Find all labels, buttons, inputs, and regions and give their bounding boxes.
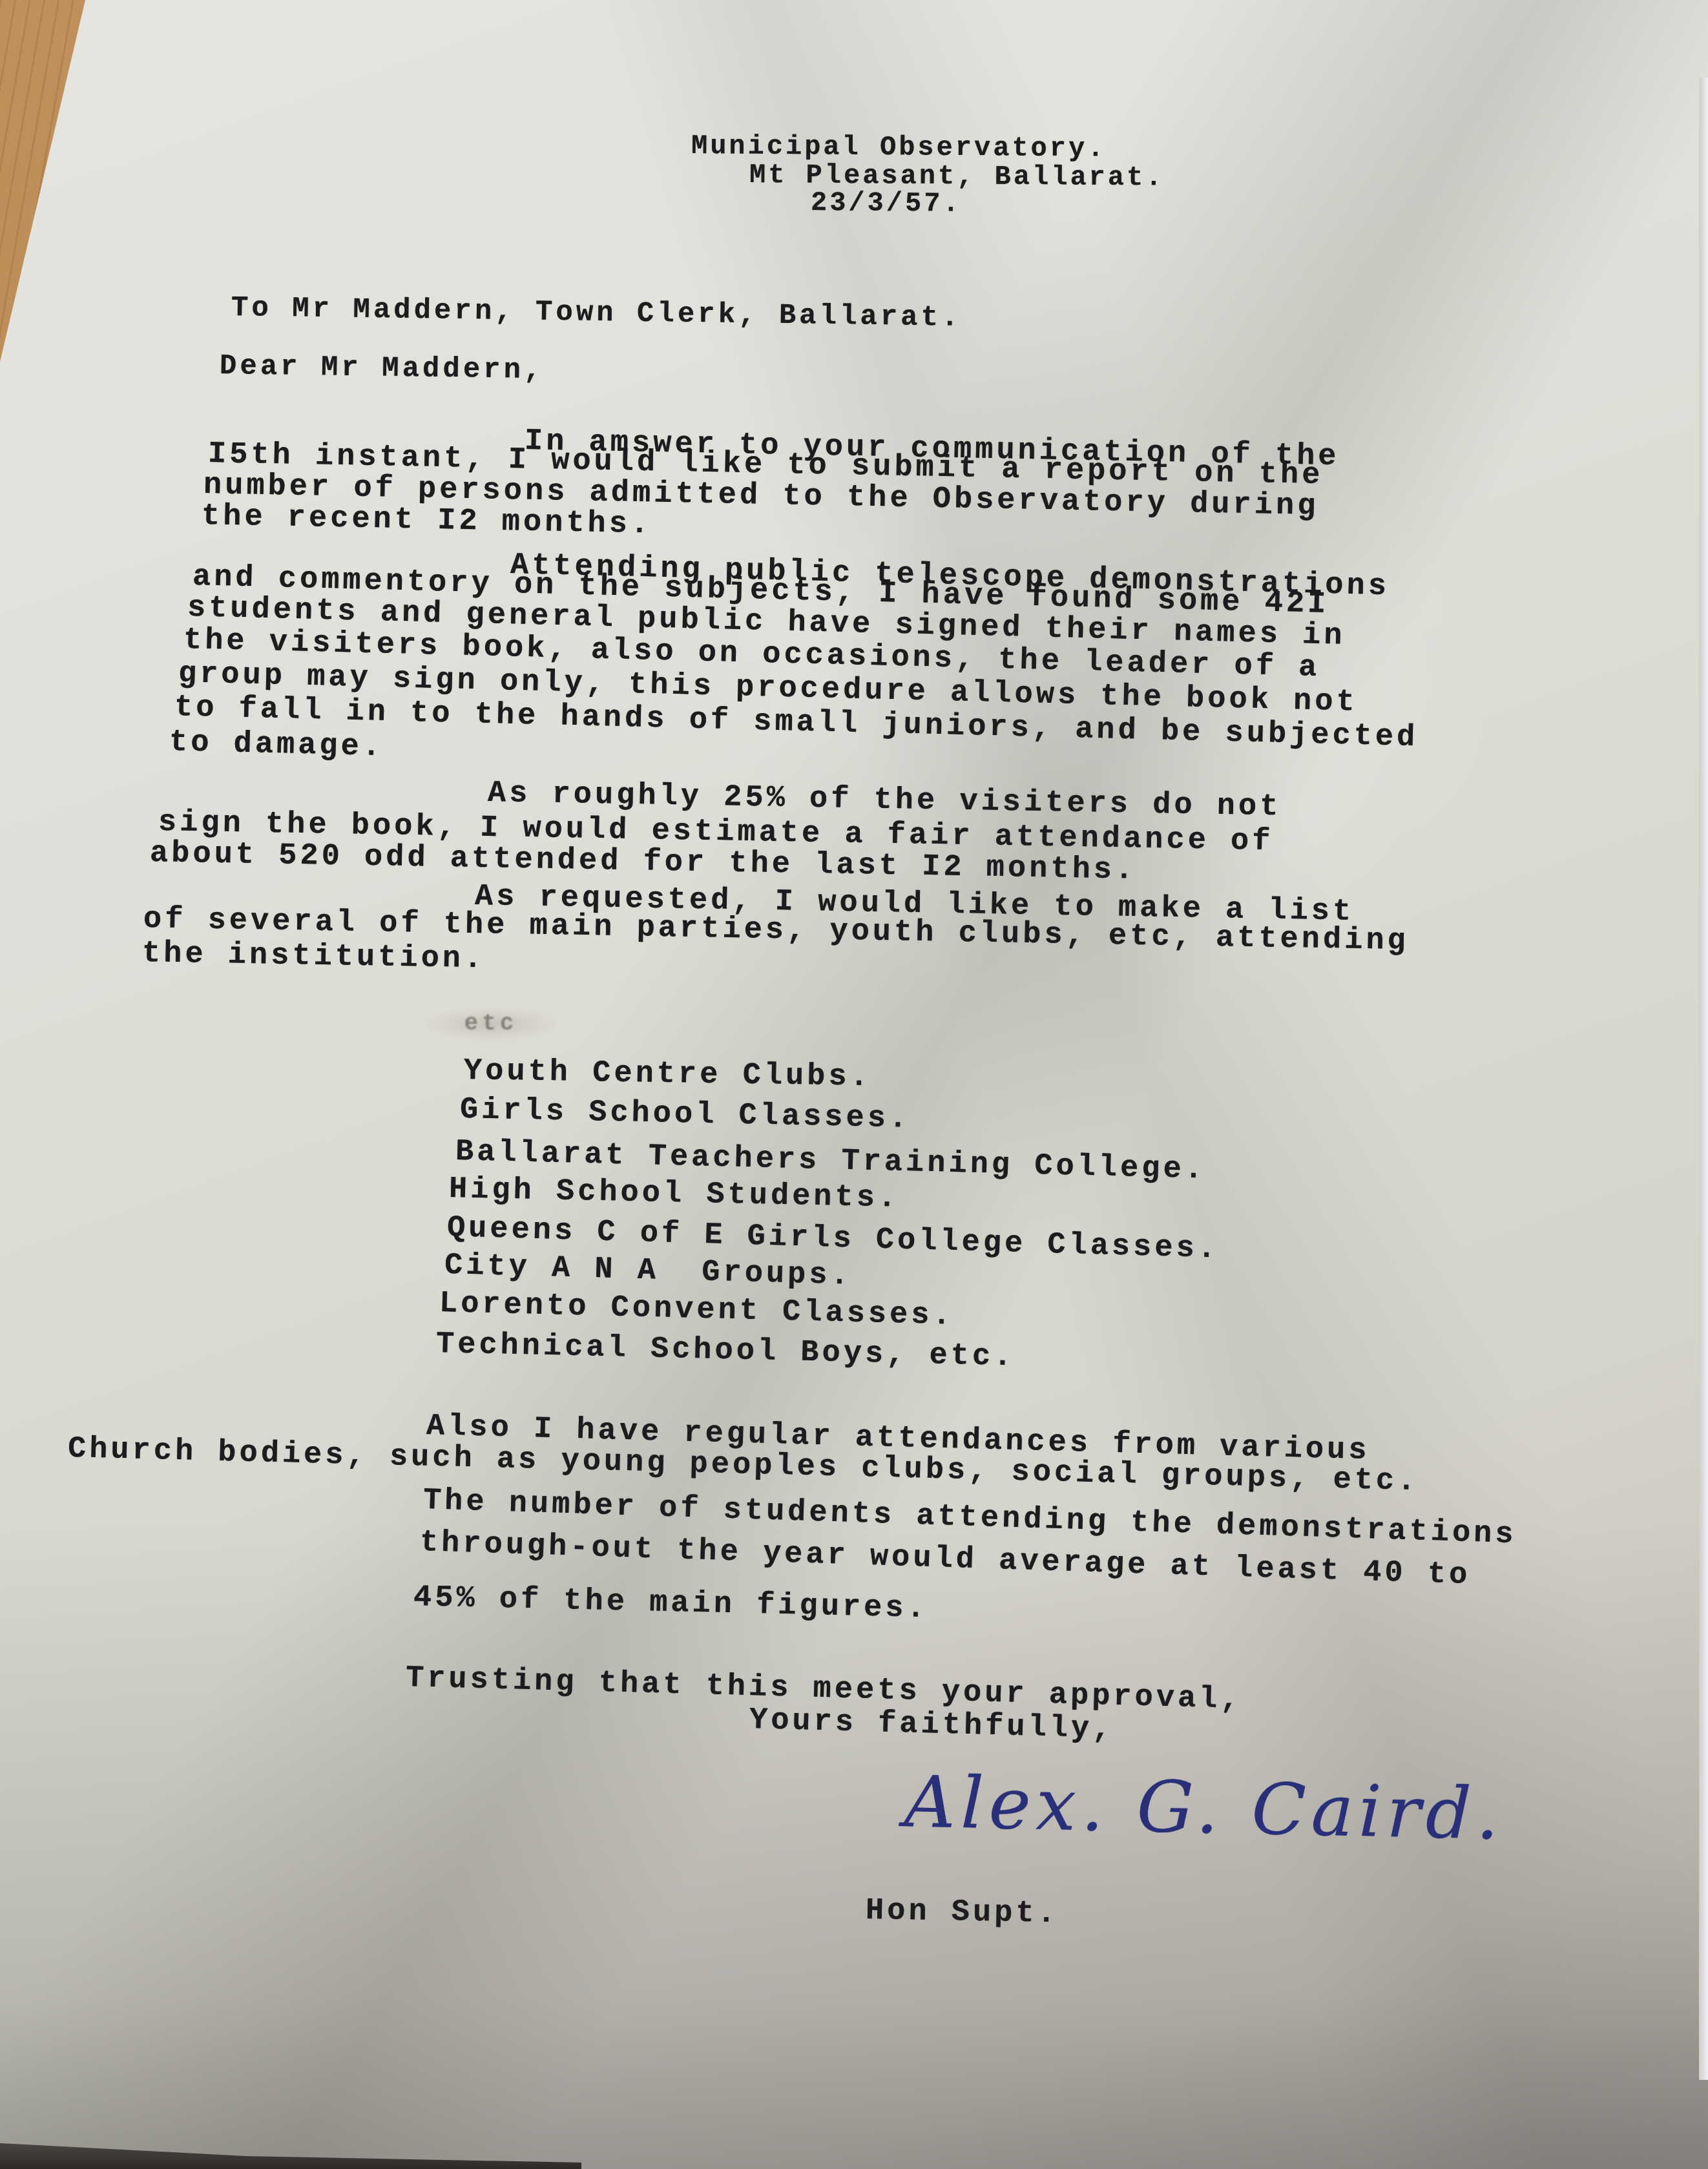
salutation: Dear Mr Maddern, bbox=[220, 352, 545, 385]
recipient-line: To Mr Maddern, Town Clerk, Ballarat. bbox=[231, 294, 962, 333]
list-item: High School Students. bbox=[449, 1174, 900, 1214]
paragraph-2-line-7: to damage. bbox=[169, 727, 384, 763]
typed-letter: Municipal Observatory. Mt Pleasant, Ball… bbox=[0, 0, 1708, 2169]
letterhead-observatory: Municipal Observatory. bbox=[691, 132, 1107, 162]
signatory-title: Hon Supt. bbox=[866, 1896, 1059, 1929]
list-item: City A N A Groups. bbox=[444, 1251, 852, 1291]
letter-date: 23/3/57. bbox=[811, 189, 962, 218]
paragraph-1-line-4: the recent I2 months. bbox=[202, 501, 652, 540]
handwritten-signature: Alex. G. Caird. bbox=[904, 1760, 1505, 1855]
list-item: Girls School Classes. bbox=[460, 1095, 911, 1135]
list-item: Technical School Boys, etc. bbox=[435, 1329, 1015, 1373]
paragraph-4-line-3: the institution. bbox=[142, 939, 486, 975]
list-item-text: City A N A Groups. bbox=[444, 1249, 852, 1293]
closing-paragraph-line-5: 45% of the main figures. bbox=[413, 1583, 928, 1624]
list-item: Lorento Convent Classes. bbox=[439, 1289, 954, 1331]
list-item: Youth Centre Clubs. bbox=[464, 1056, 872, 1093]
valediction: Yours faithfully, bbox=[749, 1705, 1114, 1745]
erased-text-smudge: etc bbox=[426, 1008, 556, 1040]
